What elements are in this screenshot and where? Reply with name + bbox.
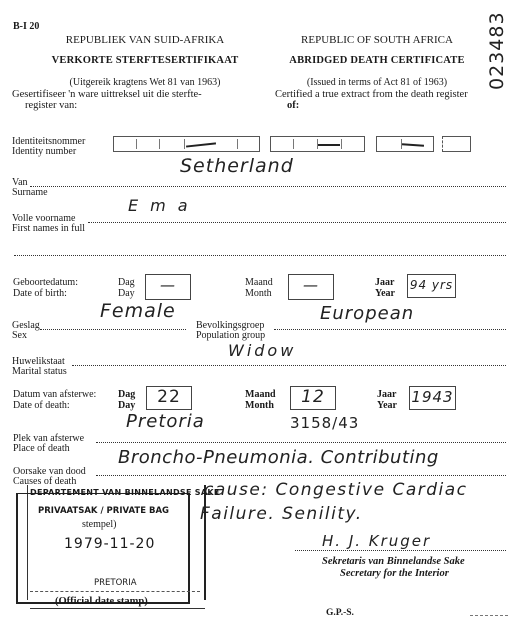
stamp-bottom-line [30, 608, 205, 609]
dod-month-label-en: Month [245, 400, 274, 411]
marital-status-line [72, 356, 506, 366]
stamp-private-bag: PRIVAATSAK / PRIVATE BAG [38, 506, 169, 516]
signature-line [295, 545, 506, 551]
surname-label-en: Surname [12, 187, 48, 198]
footer-mark [470, 615, 508, 616]
place-of-death-line [96, 433, 506, 443]
place-of-death-label-en: Place of death [13, 443, 70, 454]
signatory-title-af: Sekretaris van Binnelandse Sake [322, 556, 465, 567]
certified-text-af-line2: register van: [25, 100, 77, 111]
stamp-label-en: (Official date stamp) [55, 596, 148, 607]
dob-month-label-en: Month [245, 288, 272, 299]
certified-text-en-line2: of: [287, 100, 299, 111]
sex-value: Female [100, 300, 176, 322]
dob-month-label-af: Maand [245, 277, 273, 288]
country-name-af: REPUBLIEK VAN SUID-AFRIKA [20, 34, 270, 46]
surname-value: Setherland [180, 155, 294, 177]
dob-year-label-af: Jaar [375, 277, 394, 288]
dod-day-label-af: Dag [118, 389, 135, 400]
cause-of-death-line2: cause: Congestive Cardiac [204, 480, 468, 500]
dob-day-field[interactable]: — [145, 274, 191, 300]
marital-status-label-en: Marital status [12, 366, 67, 377]
dob-day-label-en: Day [118, 288, 135, 299]
issued-under-en: (Issued in terms of Act 81 of 1963) [272, 77, 482, 88]
dod-month-field[interactable]: 12 [290, 386, 336, 410]
first-names-line [88, 213, 506, 223]
first-names-label-en: First names in full [12, 223, 85, 234]
causes-of-death-line [96, 466, 506, 476]
printer-mark: G.P.-S. [326, 608, 354, 618]
death-register-reference: 3158/43 [290, 414, 359, 432]
cause-of-death-line1: Broncho-Pneumonia. Contributing [118, 447, 439, 468]
certified-text-en-line1: Certified a true extract from the death … [275, 89, 468, 100]
population-group-line [274, 320, 506, 330]
dod-label-en: Date of death: [13, 400, 70, 411]
place-of-death-value: Pretoria [126, 411, 205, 432]
cause-of-death-line3: Failure. Senility. [200, 504, 363, 524]
stamp-divider [30, 591, 200, 592]
issued-under-af: (Uitgereik kragtens Wet 81 van 1963) [20, 77, 270, 88]
dob-day-label-af: Dag [118, 277, 135, 288]
signatory-title-en: Secretary for the Interior [340, 568, 449, 579]
dob-year-label-en: Year [375, 288, 395, 299]
dob-label-en: Date of birth: [13, 288, 67, 299]
certified-text-af-line1: Gesertifiseer 'n ware uittreksel uit die… [12, 89, 202, 100]
dod-year-field[interactable]: 1943 [409, 386, 456, 410]
identity-number-field[interactable] [112, 136, 472, 154]
dob-label-af: Geboortedatum: [13, 277, 78, 288]
surname-line [30, 177, 506, 187]
serial-number: 023483 [486, 6, 526, 90]
dod-month-label-af: Maand [245, 389, 276, 400]
stamp-label-af: stempel) [82, 519, 116, 530]
identity-label-en: Identity number [12, 146, 76, 157]
sex-line [40, 320, 186, 330]
dod-year-label-af: Jaar [377, 389, 396, 400]
stamp-department: DEPARTEMENT VAN BINNELANDSE SAKE [30, 488, 220, 497]
stamp-city: PRETORIA [94, 578, 137, 588]
sex-label-en: Sex [12, 330, 27, 341]
dod-label-af: Datum van afsterwe: [13, 389, 96, 400]
stamp-date: 1979-11-20 [64, 536, 155, 552]
certificate-title-af: VERKORTE STERFTESERTIFIKAAT [20, 55, 270, 66]
dod-day-field[interactable]: 22 [146, 386, 192, 410]
population-group-label-en: Population group [196, 330, 265, 341]
dob-month-field[interactable]: — [288, 274, 334, 300]
dob-year-field[interactable]: 94 yrs [407, 274, 456, 298]
country-name-en: REPUBLIC OF SOUTH AFRICA [272, 34, 482, 46]
form-code: B-I 20 [13, 21, 39, 32]
certificate-title-en: ABRIDGED DEATH CERTIFICATE [272, 55, 482, 66]
dod-day-label-en: Day [118, 400, 135, 411]
first-names-line-2 [14, 246, 506, 256]
dod-year-label-en: Year [377, 400, 397, 411]
